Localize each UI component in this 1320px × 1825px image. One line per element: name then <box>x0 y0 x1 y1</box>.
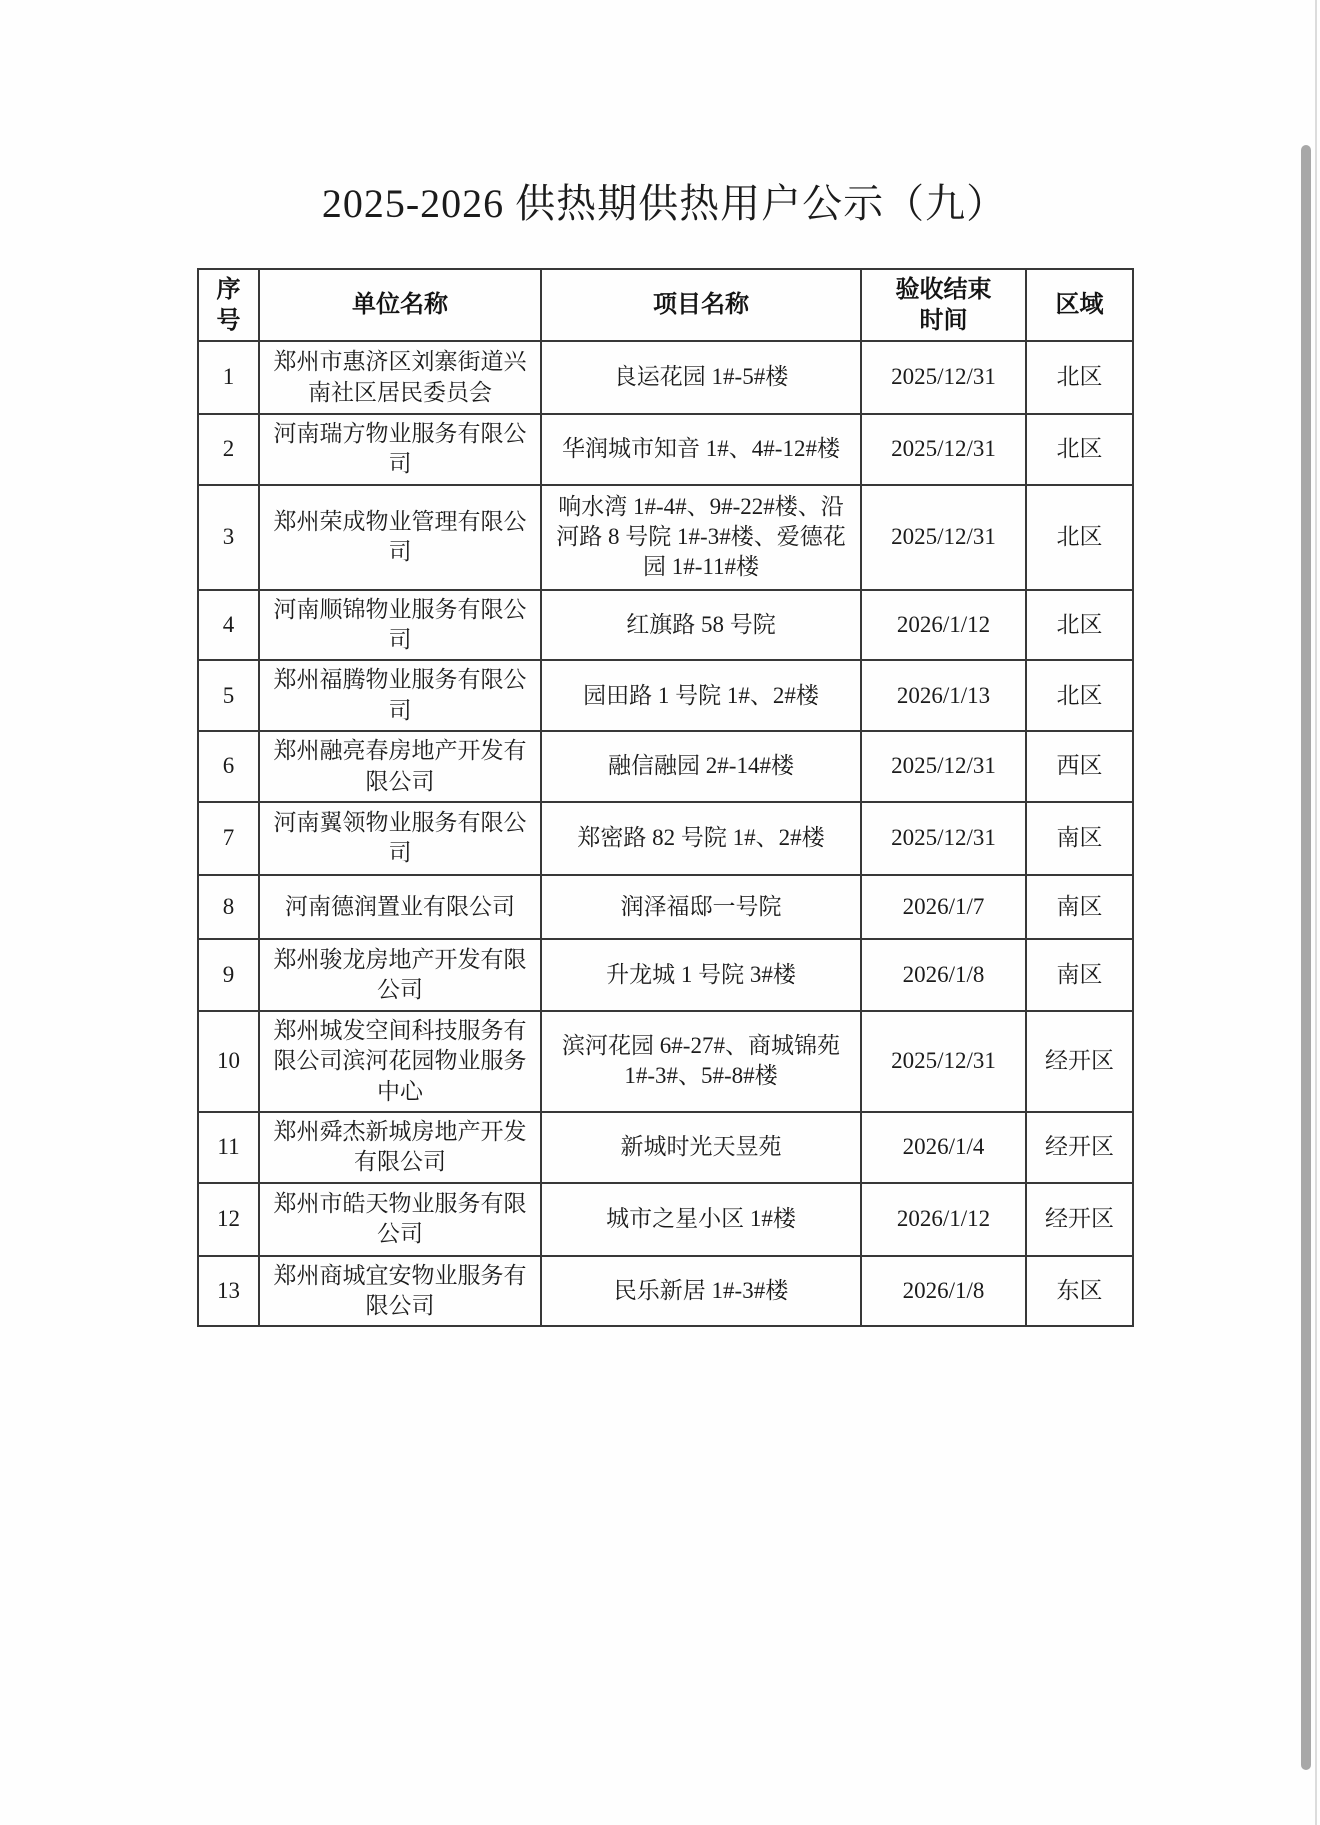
cell-project: 升龙城 1 号院 3#楼 <box>541 939 861 1011</box>
cell-project: 华润城市知音 1#、4#-12#楼 <box>541 414 861 485</box>
cell-project: 郑密路 82 号院 1#、2#楼 <box>541 802 861 875</box>
cell-project: 响水湾 1#-4#、9#-22#楼、沿河路 8 号院 1#-3#楼、爱德花园 1… <box>541 485 861 590</box>
table-row: 6 郑州融亮春房地产开发有限公司 融信融园 2#-14#楼 2025/12/31… <box>198 731 1133 802</box>
cell-serial: 4 <box>198 590 259 661</box>
cell-serial: 10 <box>198 1011 259 1112</box>
cell-end-time: 2026/1/4 <box>861 1112 1026 1183</box>
cell-serial: 12 <box>198 1183 259 1256</box>
announcement-table: 序号 单位名称 项目名称 验收结束时间 区域 1 郑州市惠济区刘寨街道兴南社区居… <box>197 268 1134 1327</box>
cell-serial: 5 <box>198 660 259 731</box>
cell-end-time: 2026/1/7 <box>861 875 1026 939</box>
cell-region: 经开区 <box>1026 1011 1133 1112</box>
cell-company: 郑州福腾物业服务有限公司 <box>259 660 541 731</box>
cell-serial: 9 <box>198 939 259 1011</box>
cell-project: 红旗路 58 号院 <box>541 590 861 661</box>
header-company: 单位名称 <box>259 269 541 341</box>
cell-end-time: 2025/12/31 <box>861 1011 1026 1112</box>
table-row: 9 郑州骏龙房地产开发有限公司 升龙城 1 号院 3#楼 2026/1/8 南区 <box>198 939 1133 1011</box>
document-page: { "page": { "title": "2025-2026 供热期供热用户公… <box>0 0 1320 1825</box>
table-body: 1 郑州市惠济区刘寨街道兴南社区居民委员会 良运花园 1#-5#楼 2025/1… <box>198 341 1133 1326</box>
cell-serial: 1 <box>198 341 259 414</box>
cell-region: 经开区 <box>1026 1183 1133 1256</box>
cell-end-time: 2025/12/31 <box>861 802 1026 875</box>
scrollbar-thumb[interactable] <box>1301 145 1311 1770</box>
table-row: 13 郑州商城宜安物业服务有限公司 民乐新居 1#-3#楼 2026/1/8 东… <box>198 1256 1133 1327</box>
header-row: 序号 单位名称 项目名称 验收结束时间 区域 <box>198 269 1133 341</box>
cell-company: 郑州融亮春房地产开发有限公司 <box>259 731 541 802</box>
table-row: 1 郑州市惠济区刘寨街道兴南社区居民委员会 良运花园 1#-5#楼 2025/1… <box>198 341 1133 414</box>
cell-company: 郑州市惠济区刘寨街道兴南社区居民委员会 <box>259 341 541 414</box>
cell-company: 郑州骏龙房地产开发有限公司 <box>259 939 541 1011</box>
cell-project: 润泽福邸一号院 <box>541 875 861 939</box>
cell-serial: 6 <box>198 731 259 802</box>
cell-end-time: 2025/12/31 <box>861 485 1026 590</box>
cell-company: 郑州城发空间科技服务有限公司滨河花园物业服务中心 <box>259 1011 541 1112</box>
cell-company: 郑州商城宜安物业服务有限公司 <box>259 1256 541 1327</box>
cell-serial: 8 <box>198 875 259 939</box>
table-row: 11 郑州舜杰新城房地产开发有限公司 新城时光天昱苑 2026/1/4 经开区 <box>198 1112 1133 1183</box>
page-title: 2025-2026 供热期供热用户公示（九） <box>197 172 1132 229</box>
header-serial: 序号 <box>198 269 259 341</box>
table-row: 2 河南瑞方物业服务有限公司 华润城市知音 1#、4#-12#楼 2025/12… <box>198 414 1133 485</box>
cell-end-time: 2026/1/8 <box>861 1256 1026 1327</box>
cell-region: 北区 <box>1026 414 1133 485</box>
cell-end-time: 2025/12/31 <box>861 341 1026 414</box>
cell-serial: 13 <box>198 1256 259 1327</box>
cell-project: 融信融园 2#-14#楼 <box>541 731 861 802</box>
table-row: 7 河南翼领物业服务有限公司 郑密路 82 号院 1#、2#楼 2025/12/… <box>198 802 1133 875</box>
table-header: 序号 单位名称 项目名称 验收结束时间 区域 <box>198 269 1133 341</box>
cell-serial: 3 <box>198 485 259 590</box>
cell-project: 良运花园 1#-5#楼 <box>541 341 861 414</box>
table-row: 5 郑州福腾物业服务有限公司 园田路 1 号院 1#、2#楼 2026/1/13… <box>198 660 1133 731</box>
cell-project: 城市之星小区 1#楼 <box>541 1183 861 1256</box>
cell-company: 河南德润置业有限公司 <box>259 875 541 939</box>
cell-company: 郑州市皓天物业服务有限公司 <box>259 1183 541 1256</box>
table-row: 4 河南顺锦物业服务有限公司 红旗路 58 号院 2026/1/12 北区 <box>198 590 1133 661</box>
cell-end-time: 2025/12/31 <box>861 731 1026 802</box>
cell-company: 郑州荣成物业管理有限公司 <box>259 485 541 590</box>
cell-project: 新城时光天昱苑 <box>541 1112 861 1183</box>
table-row: 10 郑州城发空间科技服务有限公司滨河花园物业服务中心 滨河花园 6#-27#、… <box>198 1011 1133 1112</box>
cell-project: 滨河花园 6#-27#、商城锦苑 1#-3#、5#-8#楼 <box>541 1011 861 1112</box>
header-end-time: 验收结束时间 <box>861 269 1026 341</box>
cell-region: 南区 <box>1026 875 1133 939</box>
table-row: 12 郑州市皓天物业服务有限公司 城市之星小区 1#楼 2026/1/12 经开… <box>198 1183 1133 1256</box>
table-row: 8 河南德润置业有限公司 润泽福邸一号院 2026/1/7 南区 <box>198 875 1133 939</box>
cell-company: 河南瑞方物业服务有限公司 <box>259 414 541 485</box>
cell-end-time: 2026/1/12 <box>861 1183 1026 1256</box>
cell-end-time: 2026/1/13 <box>861 660 1026 731</box>
cell-serial: 7 <box>198 802 259 875</box>
cell-end-time: 2026/1/8 <box>861 939 1026 1011</box>
cell-company: 河南顺锦物业服务有限公司 <box>259 590 541 661</box>
header-region: 区域 <box>1026 269 1133 341</box>
table-row: 3 郑州荣成物业管理有限公司 响水湾 1#-4#、9#-22#楼、沿河路 8 号… <box>198 485 1133 590</box>
cell-region: 北区 <box>1026 590 1133 661</box>
header-project: 项目名称 <box>541 269 861 341</box>
cell-region: 南区 <box>1026 802 1133 875</box>
scrollbar-track[interactable] <box>1315 0 1317 1825</box>
cell-region: 北区 <box>1026 660 1133 731</box>
cell-end-time: 2026/1/12 <box>861 590 1026 661</box>
cell-company: 郑州舜杰新城房地产开发有限公司 <box>259 1112 541 1183</box>
cell-region: 经开区 <box>1026 1112 1133 1183</box>
cell-region: 东区 <box>1026 1256 1133 1327</box>
cell-project: 民乐新居 1#-3#楼 <box>541 1256 861 1327</box>
cell-region: 南区 <box>1026 939 1133 1011</box>
cell-region: 西区 <box>1026 731 1133 802</box>
cell-project: 园田路 1 号院 1#、2#楼 <box>541 660 861 731</box>
cell-company: 河南翼领物业服务有限公司 <box>259 802 541 875</box>
cell-serial: 2 <box>198 414 259 485</box>
cell-region: 北区 <box>1026 485 1133 590</box>
cell-region: 北区 <box>1026 341 1133 414</box>
cell-serial: 11 <box>198 1112 259 1183</box>
cell-end-time: 2025/12/31 <box>861 414 1026 485</box>
